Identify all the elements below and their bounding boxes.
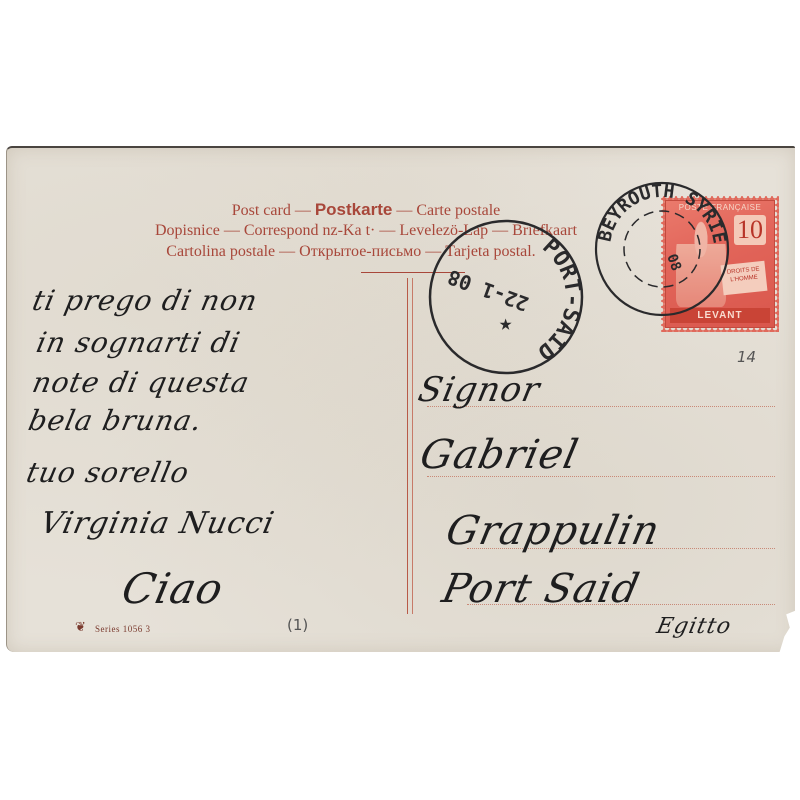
series-label: Series 1056 3 <box>95 624 151 634</box>
postmark-port-said-ring-text: PORT-SAID <box>533 234 586 364</box>
torn-corner <box>779 610 797 654</box>
center-divider <box>407 278 413 614</box>
address-city: Port Said <box>438 566 644 612</box>
postmark-beyrouth: BEYROUTH SYRIE 08 <box>587 174 737 324</box>
message-line: in sognarti di <box>33 326 243 359</box>
postmark-beyrouth-date: 08 <box>663 252 684 273</box>
postmark-beyrouth-ring-text: BEYROUTH SYRIE <box>595 181 730 245</box>
postmark-star-icon: ★ <box>499 311 512 336</box>
header-sep: — <box>392 202 416 219</box>
pencil-note-right: 14 <box>737 348 756 366</box>
address-last-name: Grappulin <box>442 508 664 554</box>
header-text-de: Postkarte <box>315 200 392 219</box>
postmark-port-said-date: 22-1 08 <box>444 265 531 316</box>
trefoil-logo-icon: ❦ <box>75 620 89 634</box>
pencil-note-left: (1) <box>287 616 308 634</box>
postcard-back: Post card — Postkarte — Carte postale Do… <box>6 146 795 652</box>
signature-line: tuo sorello <box>23 456 192 489</box>
signature-name: Virginia Nucci <box>37 506 277 541</box>
stamp-value: 10 <box>734 215 766 245</box>
message-line: bela bruna. <box>25 404 205 437</box>
message-line: ti prego di non <box>29 284 260 317</box>
closing-greeting: Ciao <box>118 564 228 613</box>
message-line: note di questa <box>29 366 252 399</box>
postmark-port-said: PORT-SAID 22-1 08 ★ <box>421 212 591 382</box>
header-sep: — <box>291 202 315 219</box>
address-country: Egitto <box>654 614 733 639</box>
header-text-en: Post card <box>232 202 291 219</box>
address-first-name: Gabriel <box>416 432 583 478</box>
